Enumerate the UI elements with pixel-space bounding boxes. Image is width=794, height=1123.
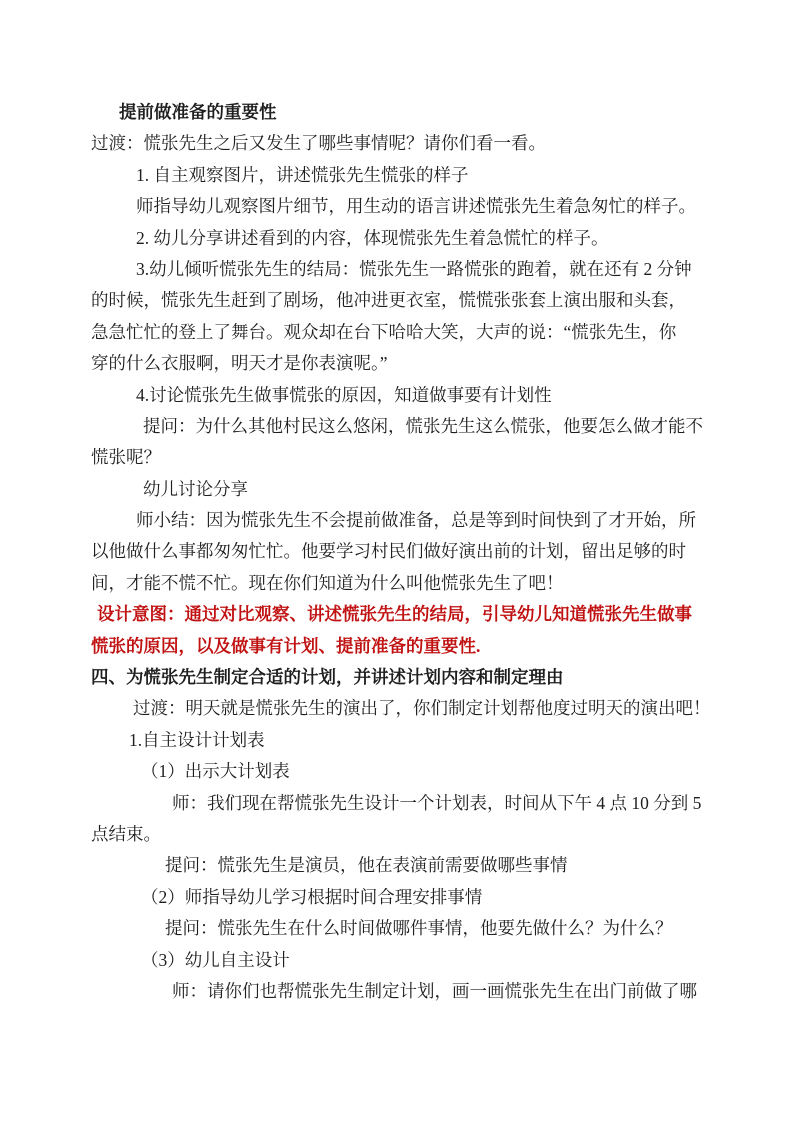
doc-line: 穿的什么衣服啊，明天才是你表演呢。” bbox=[91, 348, 703, 379]
doc-line: 师：我们现在帮慌张先生设计一个计划表，时间从下午 4 点 10 分到 5 bbox=[91, 788, 703, 819]
heading-preparation-importance: 提前做准备的重要性 bbox=[91, 97, 703, 128]
doc-line: 的时候，慌张先生赶到了剧场，他冲进更衣室，慌慌张张套上演出服和头套， bbox=[91, 285, 703, 316]
doc-line: 师指导幼儿观察图片细节，用生动的语言讲述慌张先生着急匆忙的样子。 bbox=[91, 191, 703, 222]
doc-line: 过渡：慌张先生之后又发生了哪些事情呢？请你们看一看。 bbox=[91, 128, 703, 159]
doc-line: 间，才能不慌不忙。现在你们知道为什么叫他慌张先生了吧！ bbox=[91, 568, 703, 599]
doc-line: 提问：慌张先生是演员，他在表演前需要做哪些事情 bbox=[91, 850, 703, 881]
doc-line: （1）出示大计划表 bbox=[91, 756, 703, 787]
doc-line: 师：请你们也帮慌张先生制定计划，画一画慌张先生在出门前做了哪 bbox=[91, 976, 703, 1007]
doc-line: 1.自主设计计划表 bbox=[91, 725, 703, 756]
doc-line: 点结束。 bbox=[91, 819, 703, 850]
doc-line: 过渡：明天就是慌张先生的演出了，你们制定计划帮他度过明天的演出吧！ bbox=[91, 693, 703, 724]
doc-line: 幼儿讨论分享 bbox=[91, 474, 703, 505]
doc-line: 师小结：因为慌张先生不会提前做准备，总是等到时间快到了才开始，所 bbox=[91, 505, 703, 536]
doc-line: （2）师指导幼儿学习根据时间合理安排事情 bbox=[91, 882, 703, 913]
doc-line: （3）幼儿自主设计 bbox=[91, 945, 703, 976]
doc-line: 提问：慌张先生在什么时间做哪件事情，他要先做什么？为什么？ bbox=[91, 913, 703, 944]
doc-line: 3.幼儿倾听慌张先生的结局：慌张先生一路慌张的跑着，就在还有 2 分钟 bbox=[91, 254, 703, 285]
document-text-block: 提前做准备的重要性 过渡：慌张先生之后又发生了哪些事情呢？请你们看一看。 1. … bbox=[91, 97, 703, 1007]
doc-line: 提问：为什么其他村民这么悠闲，慌张先生这么慌张，他要怎么做才能不 bbox=[91, 411, 703, 442]
design-intent-line: 设计意图：通过对比观察、讲述慌张先生的结局，引导幼儿知道慌张先生做事 bbox=[91, 599, 703, 630]
doc-line: 以他做什么事都匆匆忙忙。他要学习村民们做好演出前的计划，留出足够的时 bbox=[91, 536, 703, 567]
doc-line: 1. 自主观察图片，讲述慌张先生慌张的样子 bbox=[91, 160, 703, 191]
design-intent-line: 慌张的原因，以及做事有计划、提前准备的重要性. bbox=[91, 631, 703, 662]
section-heading-four: 四、为慌张先生制定合适的计划，并讲述计划内容和制定理由 bbox=[91, 662, 703, 693]
doc-line: 慌张呢？ bbox=[91, 442, 703, 473]
doc-line: 急急忙忙的登上了舞台。观众却在台下哈哈大笑，大声的说：“慌张先生，你 bbox=[91, 317, 703, 348]
document-page: 提前做准备的重要性 过渡：慌张先生之后又发生了哪些事情呢？请你们看一看。 1. … bbox=[0, 0, 794, 1123]
doc-line: 2. 幼儿分享讲述看到的内容，体现慌张先生着急慌忙的样子。 bbox=[91, 223, 703, 254]
doc-line: 4.讨论慌张先生做事慌张的原因，知道做事要有计划性 bbox=[91, 380, 703, 411]
